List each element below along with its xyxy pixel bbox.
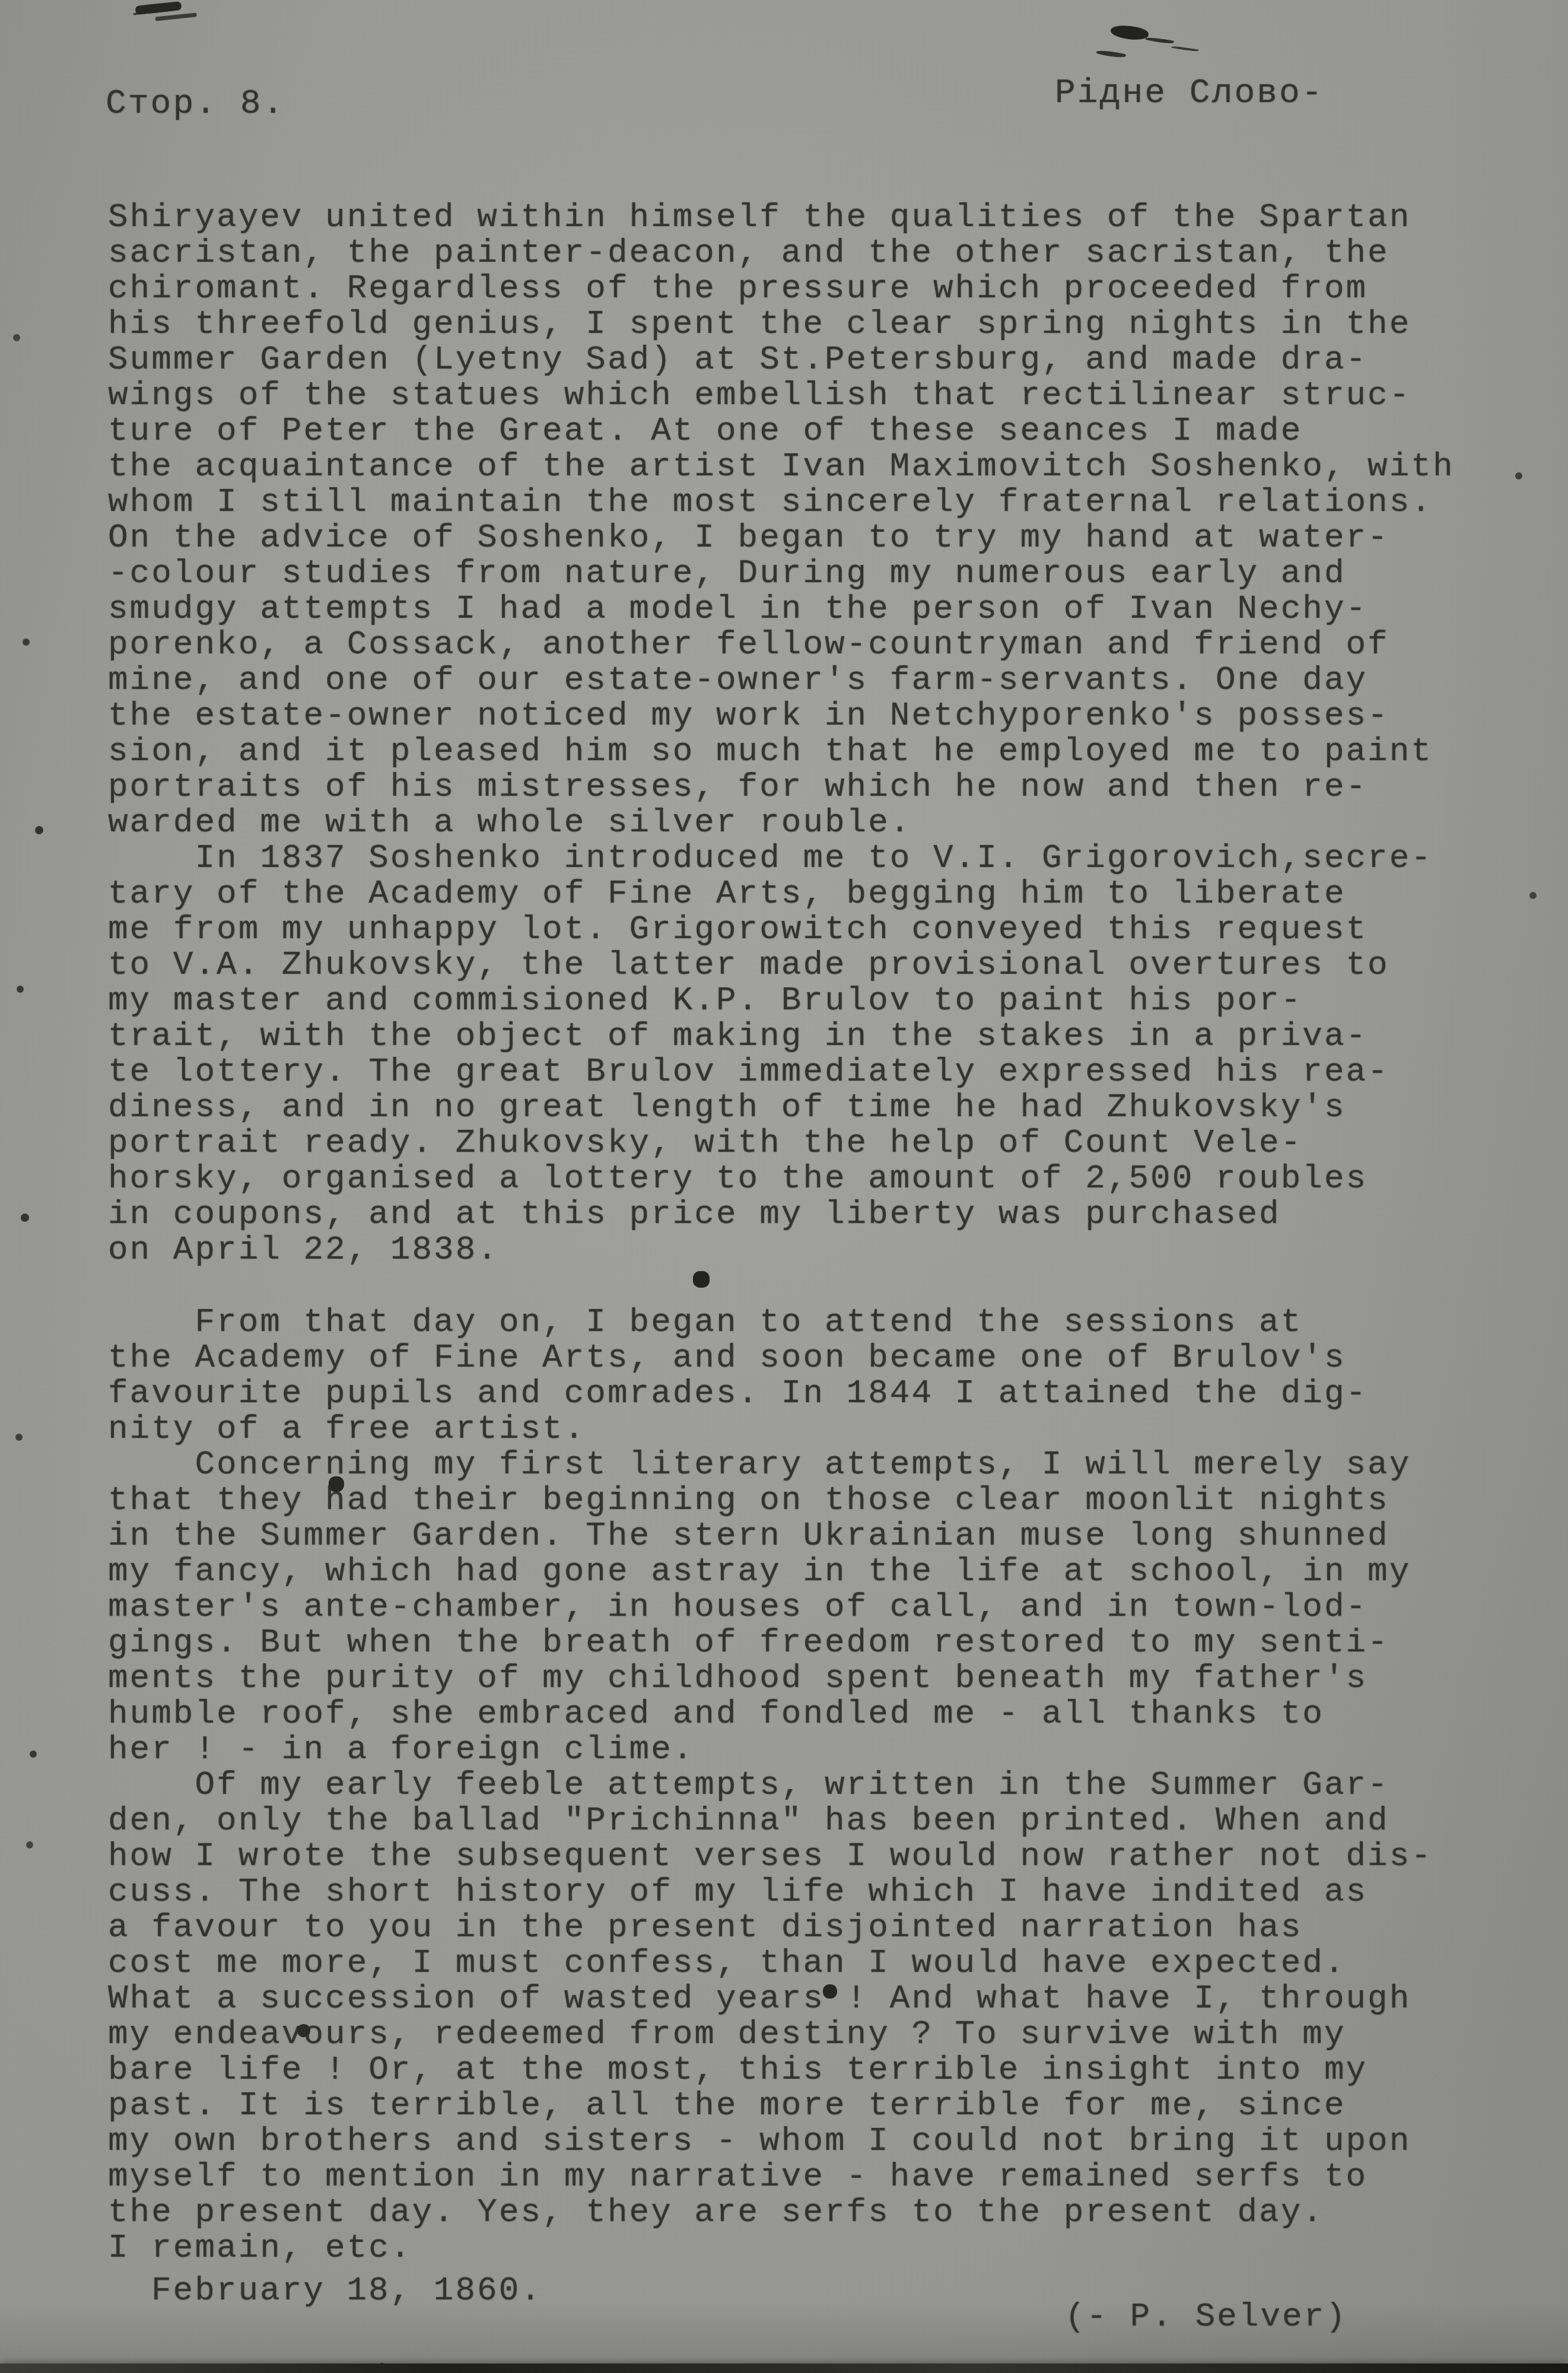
text-line: Shiryayev united within himself the qual… (108, 199, 1490, 235)
text-line: diness, and in no great length of time h… (108, 1089, 1490, 1125)
text-line: -colour studies from nature, During my n… (108, 555, 1490, 591)
text-line: warded me with a whole silver rouble. (108, 805, 1490, 840)
text-line: whom I still maintain the most sincerely… (108, 484, 1490, 520)
text-line: What a succession of wasted years ! And … (108, 1981, 1490, 2016)
text-line: smudgy attempts I had a model in the per… (108, 591, 1490, 627)
text-line: the acquaintance of the artist Ivan Maxi… (108, 449, 1490, 484)
journal-title-label: Рідне Слово- (1055, 76, 1324, 112)
text-line: wings of the statues which embellish tha… (108, 377, 1490, 413)
text-line: ture of Peter the Great. At one of these… (108, 413, 1490, 449)
text-line: Concerning my first literary attempts, I… (108, 1447, 1490, 1482)
text-line: humble roof, she embraced and fondled me… (108, 1696, 1490, 1732)
text-line: nity of a free artist. (108, 1411, 1490, 1447)
text-line: the present day. Yes, they are serfs to … (108, 2194, 1490, 2230)
text-line: in the Summer Garden. The stern Ukrainia… (108, 1518, 1490, 1554)
text-line: her ! - in a foreign clime. (108, 1732, 1490, 1767)
text-line: gings. But when the breath of freedom re… (108, 1625, 1490, 1660)
text-line: my master and commisioned K.P. Brulov to… (108, 983, 1490, 1018)
text-line: sacristan, the painter-deacon, and the o… (108, 235, 1490, 271)
text-line: the estate-owner noticed my work in Netc… (108, 698, 1490, 733)
text-line: mine, and one of our estate-owner's farm… (108, 662, 1490, 698)
text-line: trait, with the object of making in the … (108, 1018, 1490, 1054)
text-line: his threefold genius, I spent the clear … (108, 306, 1490, 342)
paragraph: Of my early feeble attempts, written in … (108, 1767, 1490, 2266)
typed-text: Shiryayev united within himself the qual… (108, 199, 1490, 2266)
text-line: past. It is terrible, all the more terri… (108, 2088, 1490, 2123)
text-line: tary of the Academy of Fine Arts, beggin… (108, 876, 1490, 911)
text-line: me from my unhappy lot. Grigorowitch con… (108, 911, 1490, 947)
paragraph: Concerning my first literary attempts, I… (108, 1447, 1490, 1767)
page-number-label: Стор. 8. (106, 87, 285, 122)
text-line: the Academy of Fine Arts, and soon becam… (108, 1340, 1490, 1375)
text-line: Of my early feeble attempts, written in … (108, 1767, 1490, 1803)
translator-signature: (- P. Selver) (1065, 2298, 1347, 2336)
scanned-typewritten-page: { "header": { "page_label": "Стор. 8.", … (0, 0, 1568, 2373)
text-line: that they had their beginning on those c… (108, 1482, 1490, 1518)
text-line: portrait ready. Zhukovsky, with the help… (108, 1125, 1490, 1161)
text-line: a favour to you in the present disjointe… (108, 1910, 1490, 1945)
text-line: my fancy, which had gone astray in the l… (108, 1554, 1490, 1589)
paragraph: In 1837 Soshenko introduced me to V.I. G… (108, 840, 1490, 1267)
text-line: how I wrote the subsequent verses I woul… (108, 1838, 1490, 1874)
text-line: my own brothers and sisters - whom I cou… (108, 2123, 1490, 2159)
ink-smudge (135, 1, 182, 15)
text-line: ments the purity of my childhood spent b… (108, 1660, 1490, 1696)
text-line: From that day on, I began to attend the … (108, 1304, 1490, 1340)
text-line: cost me more, I must confess, than I wou… (108, 1945, 1490, 1981)
text-line: den, only the ballad "Prichinna" has bee… (108, 1803, 1490, 1838)
text-line: Summer Garden (Lyetny Sad) at St.Petersb… (108, 342, 1490, 377)
text-line: cuss. The short history of my life which… (108, 1874, 1490, 1910)
text-line: On the advice of Soshenko, I began to tr… (108, 520, 1490, 555)
paragraph: From that day on, I began to attend the … (108, 1304, 1490, 1447)
text-line: in coupons, and at this price my liberty… (108, 1196, 1490, 1232)
text-line: chiromant. Regardless of the pressure wh… (108, 271, 1490, 306)
text-line: my endeavours, redeemed from destiny ? T… (108, 2016, 1490, 2052)
text-line: porenko, a Cossack, another fellow-count… (108, 627, 1490, 662)
text-line: master's ante-chamber, in houses of call… (108, 1589, 1490, 1625)
text-line: on April 22, 1838. (108, 1232, 1490, 1267)
text-line: te lottery. The great Brulov immediately… (108, 1054, 1490, 1089)
text-line: myself to mention in my narrative - have… (108, 2159, 1490, 2194)
text-line: horsky, organised a lottery to the amoun… (108, 1161, 1490, 1196)
text-line: favourite pupils and comrades. In 1844 I… (108, 1375, 1490, 1411)
text-line: In 1837 Soshenko introduced me to V.I. G… (108, 840, 1490, 876)
letter-date: February 18, 1860. (151, 2272, 542, 2310)
paragraph: Shiryayev united within himself the qual… (108, 199, 1490, 840)
ink-smudge (1110, 24, 1149, 42)
ink-speck-layer (0, 0, 5, 5)
scan-edge-shadow (0, 2364, 1568, 2373)
text-line: portraits of his mistresses, for which h… (108, 769, 1490, 805)
text-line: I remain, etc. (108, 2230, 1490, 2266)
text-line: bare life ! Or, at the most, this terrib… (108, 2052, 1490, 2088)
text-line: sion, and it pleased him so much that he… (108, 733, 1490, 769)
text-line: to V.A. Zhukovsky, the latter made provi… (108, 947, 1490, 983)
